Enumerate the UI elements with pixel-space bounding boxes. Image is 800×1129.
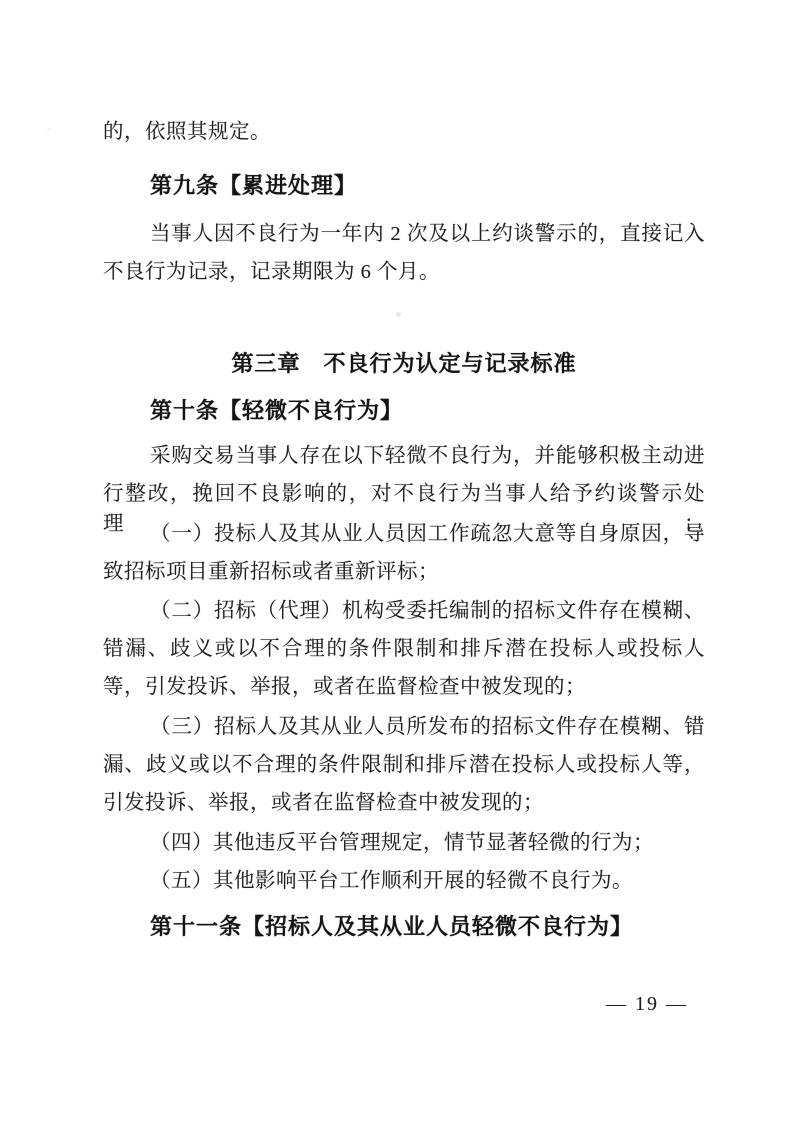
article-10-intro-line: 采购交易当事人存在以下轻微不良行为，并能够积极主动进: [103, 441, 705, 471]
article-9-body-line: 不良行为记录，记录期限为 6 个月。: [103, 257, 705, 287]
article-9-heading: 第九条【累进处理】: [103, 171, 705, 201]
scanned-document-page: 的，依照其规定。 第九条【累进处理】 当事人因不良行为一年内 2 次及以上约谈警…: [0, 0, 800, 1129]
list-item-2-line: 错漏、歧义或以不合理的条件限制和排斥潜在投标人或投标人: [103, 634, 705, 664]
chapter-3-heading: 第三章 不良行为认定与记录标准: [103, 349, 705, 379]
list-item-3-line: 漏、歧义或以不合理的条件限制和排斥潜在投标人或投标人等，: [103, 750, 705, 780]
list-item-4-line: （四）其他违反平台管理规定，情节显著轻微的行为；: [103, 828, 705, 858]
list-item-2-line: （二）招标（代理）机构受委托编制的招标文件存在模糊、: [103, 596, 705, 626]
list-item-5-line: （五）其他影响平台工作顺利开展的轻微不良行为。: [103, 866, 705, 896]
scan-artifact-speck: [396, 312, 401, 317]
list-item-3-line: （三）招标人及其从业人员所发布的招标文件存在模糊、错: [103, 712, 705, 742]
page-number: — 19 —: [606, 993, 688, 1016]
article-9-body-line: 当事人因不良行为一年内 2 次及以上约谈警示的，直接记入: [103, 219, 705, 249]
article-11-heading: 第十一条【招标人及其从业人员轻微不良行为】: [103, 912, 705, 942]
scan-artifact-speck: [47, 128, 51, 130]
list-item-1-line: （一）投标人及其从业人员因工作疏忽大意等自身原因，导: [103, 519, 705, 549]
list-item-3-line: 引发投诉、举报，或者在监督检查中被发现的；: [103, 788, 705, 818]
article-10-heading: 第十条【轻微不良行为】: [103, 396, 705, 426]
list-item-2-line: 等，引发投诉、举报，或者在监督检查中被发现的；: [103, 672, 705, 702]
list-item-1-line: 致招标项目重新招标或者重新评标；: [103, 557, 705, 587]
paragraph-continuation-line: 的，依照其规定。: [103, 117, 705, 147]
